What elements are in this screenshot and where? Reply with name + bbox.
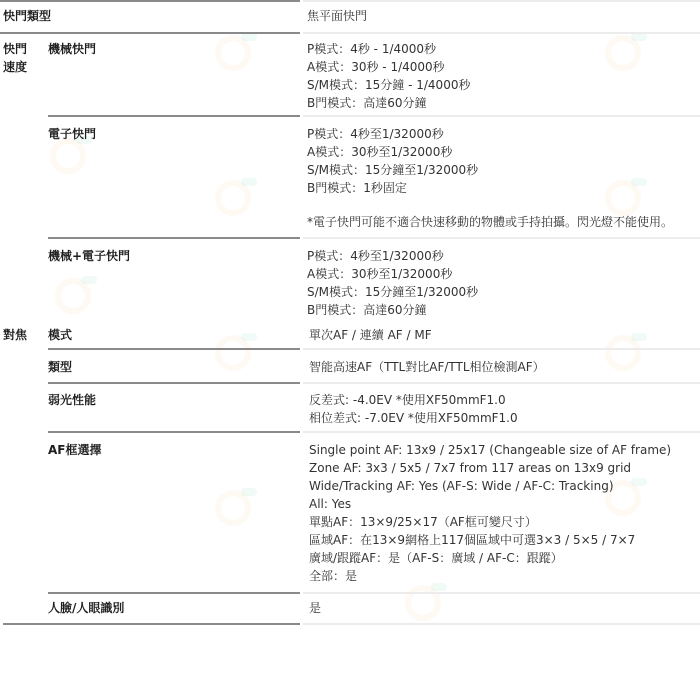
value-line: 廣域/跟蹤AF：是（AF-S：廣域 / AF-C：跟蹤） (309, 549, 671, 567)
row-separator (48, 115, 300, 117)
row-value-mechanical-shutter: P模式：4秒 - 1/4000秒 A模式：30秒 - 1/4000秒 S/M模式… (307, 40, 470, 112)
row-separator-right (303, 431, 700, 433)
header-label: 快門類型 (3, 7, 51, 25)
row-separator (48, 592, 300, 594)
value-line: A模式：30秒至1/32000秒 (307, 143, 673, 161)
value-line: S/M模式：15分鐘至1/32000秒 (307, 161, 673, 179)
category-focus: 對焦 (3, 326, 27, 344)
row-value-focus-type: 智能高速AF（TTL對比AF/TTL相位檢測AF） (309, 358, 545, 376)
value-line: Zone AF: 3x3 / 5x5 / 7x7 from 117 areas … (309, 459, 671, 477)
row-separator-right (303, 237, 700, 239)
header-top-separator (0, 0, 300, 2)
value-line: 相位差式: -7.0EV *使用XF50mmF1.0 (309, 409, 518, 427)
value-line: 全部：是 (309, 567, 671, 585)
row-separator (48, 382, 300, 384)
row-value-focus-mode: 單次AF / 連續 AF / MF (309, 326, 432, 344)
watermark-logo-icon (215, 35, 251, 71)
row-separator-right (303, 382, 700, 384)
row-label-af-frame: AF框選擇 (48, 441, 102, 459)
row-label-mech-electronic-shutter: 機械+電子快門 (48, 247, 130, 265)
header-bottom-separator-right (303, 32, 700, 34)
electronic-shutter-note: *電子快門可能不適合快速移動的物體或手持拍攝。閃光燈不能使用。 (307, 213, 673, 231)
row-separator-right (303, 115, 700, 117)
value-line: S/M模式：15分鐘至1/32000秒 (307, 283, 478, 301)
row-label-focus-mode: 模式 (48, 326, 72, 344)
row-label-electronic-shutter: 電子快門 (48, 125, 96, 143)
table-bottom-separator-right (303, 623, 700, 625)
watermark-logo-icon (215, 490, 251, 526)
value-line: S/M模式：15分鐘 - 1/4000秒 (307, 76, 470, 94)
value-line: B門模式：1秒固定 (307, 179, 673, 197)
value-line: 反差式: -4.0EV *使用XF50mmF1.0 (309, 391, 518, 409)
watermark-logo-icon (215, 180, 251, 216)
value-line: A模式：30秒 - 1/4000秒 (307, 58, 470, 76)
watermark-logo-icon (605, 35, 641, 71)
category-shutter-speed: 快門 速度 (3, 40, 27, 76)
category-line: 快門 (3, 40, 27, 58)
category-line: 速度 (3, 58, 27, 76)
watermark-logo-icon (50, 138, 86, 174)
value-line: B門模式：高達60分鐘 (307, 94, 470, 112)
value-line: 區域AF：在13×9網格上117個區域中可選3×3 / 5×5 / 7×7 (309, 531, 671, 549)
watermark-logo-icon (55, 278, 91, 314)
value-line: All: Yes (309, 495, 671, 513)
row-separator (48, 431, 300, 433)
value-line: A模式：30秒至1/32000秒 (307, 265, 478, 283)
row-label-focus-type: 類型 (48, 358, 72, 376)
value-line: Wide/Tracking AF: Yes (AF-S: Wide / AF-C… (309, 477, 671, 495)
header-top-separator-right (303, 0, 700, 2)
row-label-low-light: 弱光性能 (48, 391, 96, 409)
header-value: 焦平面快門 (307, 7, 367, 25)
row-value-low-light: 反差式: -4.0EV *使用XF50mmF1.0 相位差式: -7.0EV *… (309, 391, 518, 427)
watermark-logo-icon (405, 585, 441, 621)
row-label-mechanical-shutter: 機械快門 (48, 40, 96, 58)
row-separator (48, 237, 300, 239)
row-value-mech-electronic-shutter: P模式：4秒至1/32000秒 A模式：30秒至1/32000秒 S/M模式：1… (307, 247, 478, 319)
row-separator-right (303, 348, 700, 350)
value-line: P模式：4秒至1/32000秒 (307, 247, 478, 265)
table-bottom-separator (3, 623, 300, 625)
row-separator (48, 348, 300, 350)
header-bottom-separator (0, 32, 300, 34)
watermark-logo-icon (605, 335, 641, 371)
value-line: Single point AF: 13x9 / 25x17 (Changeabl… (309, 441, 671, 459)
row-value-af-frame: Single point AF: 13x9 / 25x17 (Changeabl… (309, 441, 671, 585)
row-separator-right (303, 592, 700, 594)
value-line: 單點AF：13×9/25×17（AF框可變尺寸） (309, 513, 671, 531)
value-line: P模式：4秒 - 1/4000秒 (307, 40, 470, 58)
value-line: B門模式：高達60分鐘 (307, 301, 478, 319)
row-label-face-eye-detection: 人臉/人眼識別 (48, 599, 124, 617)
value-line: P模式：4秒至1/32000秒 (307, 125, 673, 143)
row-value-electronic-shutter: P模式：4秒至1/32000秒 A模式：30秒至1/32000秒 S/M模式：1… (307, 125, 673, 231)
watermark-logo-icon (215, 335, 251, 371)
row-value-face-eye-detection: 是 (309, 599, 321, 617)
